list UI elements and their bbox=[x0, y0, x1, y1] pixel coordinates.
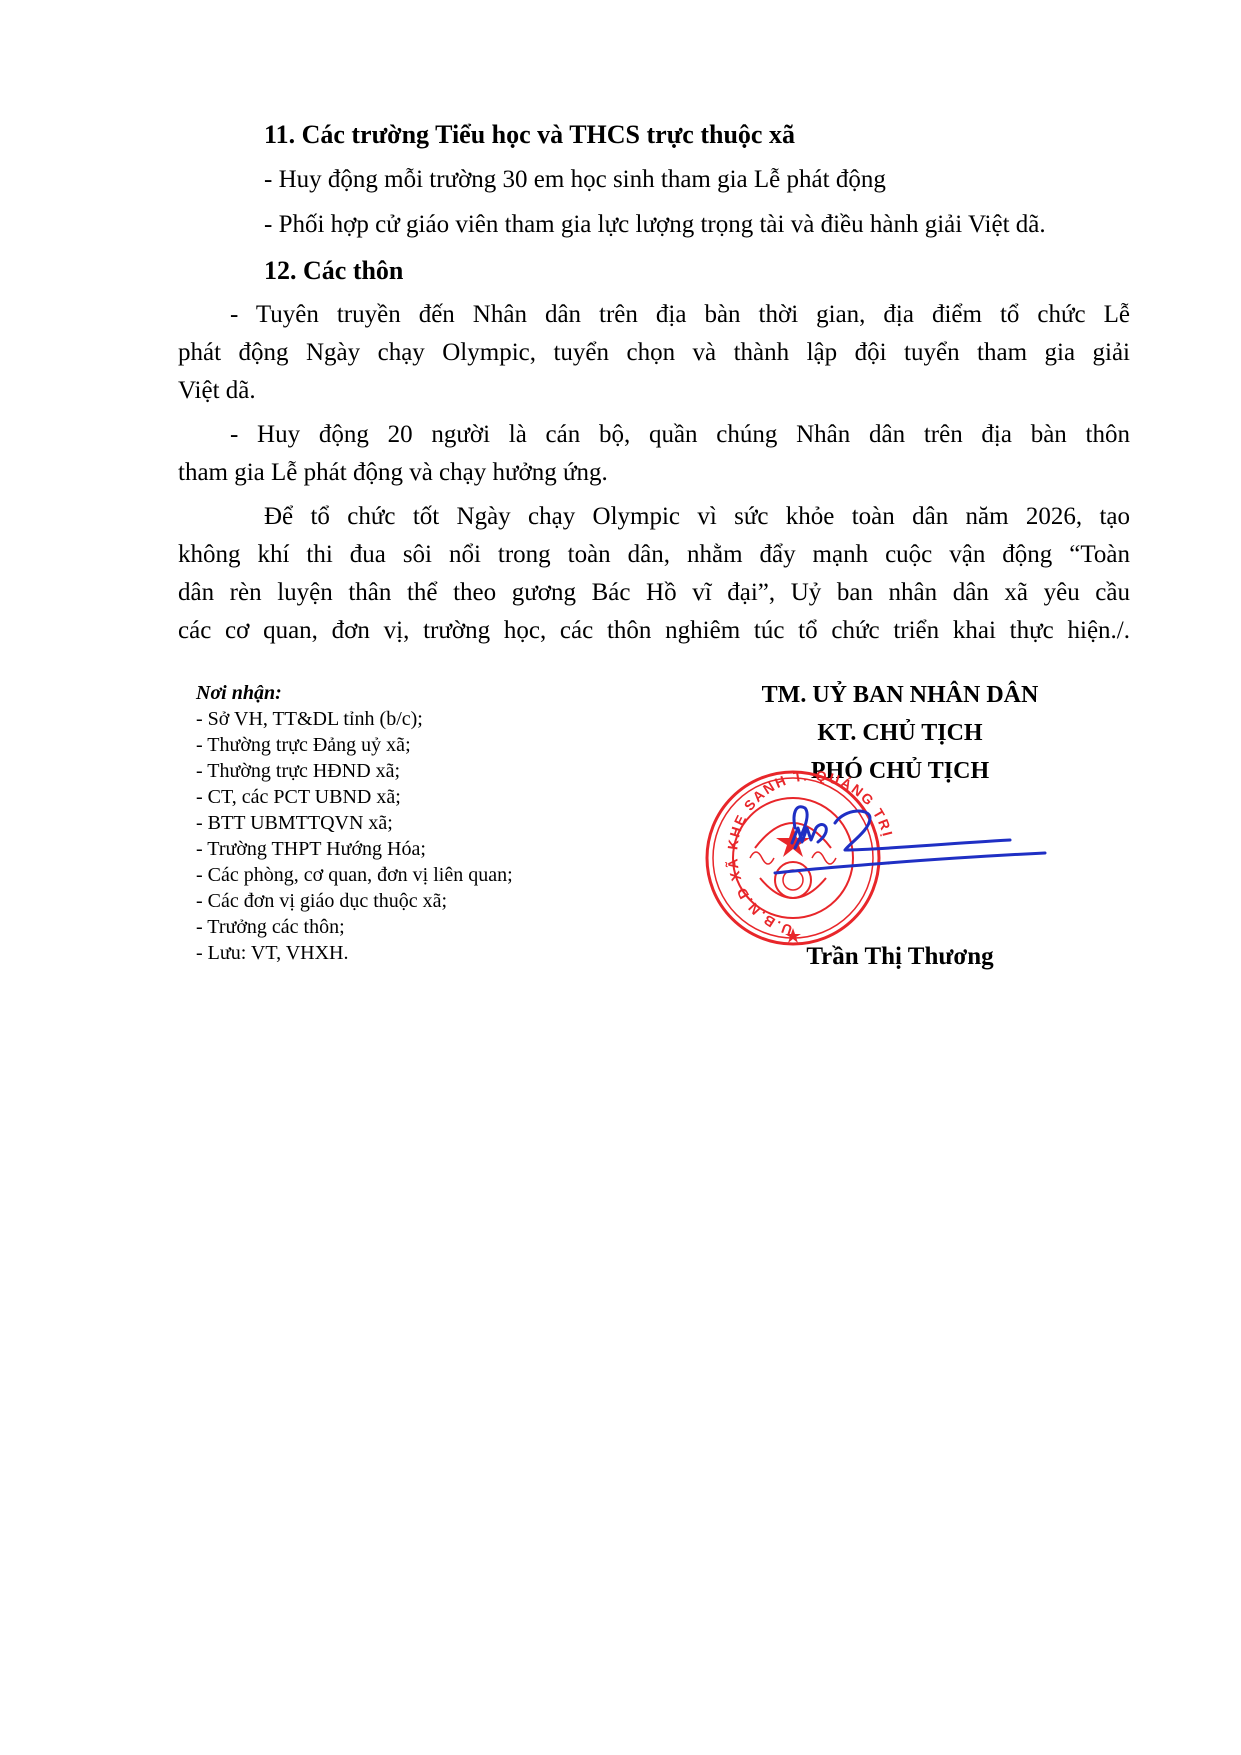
section-11-heading: 11. Các trường Tiểu học và THCS trực thu… bbox=[264, 120, 795, 150]
section-12-heading: 12. Các thôn bbox=[264, 256, 403, 286]
recipient-item: - CT, các PCT UBND xã; bbox=[196, 784, 401, 810]
section-12-paragraph-line: - Tuyên truyền đến Nhân dân trên địa bàn… bbox=[230, 300, 1130, 330]
recipient-item: - Trường THPT Hướng Hóa; bbox=[196, 836, 426, 862]
recipient-item: - Các đơn vị giáo dục thuộc xã; bbox=[196, 888, 447, 914]
closing-paragraph-line: dân rèn luyện thân thể theo gương Bác Hồ… bbox=[178, 578, 1130, 608]
section-11-item: - Phối hợp cử giáo viên tham gia lực lượ… bbox=[264, 210, 1046, 240]
svg-text:U.B.N.D XÃ KHE SANH T. QUẢNG T: U.B.N.D XÃ KHE SANH T. QUẢNG TRỊ bbox=[723, 768, 896, 939]
section-12-paragraph-line: tham gia Lễ phát động và chạy hưởng ứng. bbox=[178, 458, 608, 488]
recipient-item: - BTT UBMTTQVN xã; bbox=[196, 810, 393, 836]
handwritten-signature-icon bbox=[775, 807, 1045, 873]
closing-paragraph-line: Để tổ chức tốt Ngày chạy Olympic vì sức … bbox=[264, 502, 1130, 532]
official-seal-icon: U.B.N.D XÃ KHE SANH T. QUẢNG TRỊ bbox=[700, 768, 1100, 948]
section-12-paragraph-line: phát động Ngày chạy Olympic, tuyển chọn … bbox=[178, 338, 1130, 368]
recipient-item: - Thường trực HĐND xã; bbox=[196, 758, 400, 784]
closing-paragraph-line: không khí thi đua sôi nổi trong toàn dân… bbox=[178, 540, 1130, 570]
signature-title-line: KT. CHỦ TỊCH bbox=[700, 714, 1100, 752]
section-12-paragraph-line: - Huy động 20 người là cán bộ, quần chún… bbox=[230, 420, 1130, 450]
section-12-paragraph-line: Việt dã. bbox=[178, 376, 256, 406]
section-11-item: - Huy động mỗi trường 30 em học sinh tha… bbox=[264, 165, 886, 195]
recipient-item: - Thường trực Đảng uỷ xã; bbox=[196, 732, 411, 758]
recipients-title: Nơi nhận: bbox=[196, 680, 282, 706]
recipient-item: - Các phòng, cơ quan, đơn vị liên quan; bbox=[196, 862, 513, 888]
signer-name: Trần Thị Thương bbox=[700, 938, 1100, 976]
signature-title-line: TM. UỶ BAN NHÂN DÂN bbox=[700, 676, 1100, 714]
recipient-item: - Sở VH, TT&DL tỉnh (b/c); bbox=[196, 706, 423, 732]
closing-paragraph-line: các cơ quan, đơn vị, trường học, các thô… bbox=[178, 616, 1130, 646]
recipient-item: - Lưu: VT, VHXH. bbox=[196, 940, 349, 966]
recipient-item: - Trưởng các thôn; bbox=[196, 914, 345, 940]
